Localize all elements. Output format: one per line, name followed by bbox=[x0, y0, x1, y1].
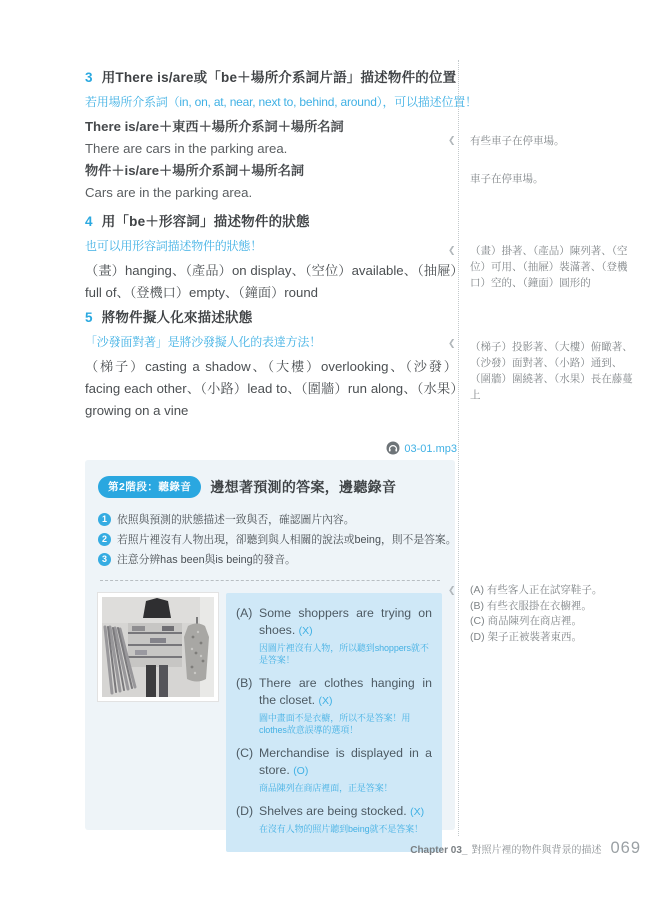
answer-translation-d: (D) 架子正被裝著東西。 bbox=[470, 630, 634, 646]
margin-note-translation: 有些車子在停車場。 bbox=[470, 133, 634, 149]
option-label: (B) bbox=[236, 675, 259, 692]
dashed-divider bbox=[100, 580, 440, 581]
answer-translation-c: (C) 商品陳列在商店裡。 bbox=[470, 614, 634, 630]
section-number: 5 bbox=[85, 310, 93, 325]
option-mark: (X) bbox=[318, 695, 332, 707]
note-arrow-icon: ❮ bbox=[448, 246, 456, 255]
store-photo bbox=[102, 597, 214, 697]
option-a: (A)Some shoppers are trying on shoes. (X… bbox=[236, 605, 432, 640]
section-title: 用There is/are或「be＋場所介系詞片語」描述物件的位置 bbox=[102, 70, 457, 85]
answer-translation-a: (A) 有些客人正在試穿鞋子。 bbox=[470, 583, 634, 599]
margin-note-translation: 車子在停車場。 bbox=[470, 171, 634, 187]
note-arrow-icon: ❮ bbox=[448, 586, 456, 595]
option-label: (A) bbox=[236, 605, 259, 622]
margin-note-translation: （畫）掛著、（產品）陳列著、（空位）可用、（抽屜）裝滿著、（登機口）空的、（鐘面… bbox=[470, 243, 634, 291]
option-label: (C) bbox=[236, 745, 259, 762]
step-item: 3 注意分辨has been與is being的發音。 bbox=[98, 550, 442, 570]
stage-header: 第2階段：聽錄音 邊想著預測的答案，邊聽錄音 bbox=[98, 476, 442, 498]
step-text: 依照與預測的狀態描述一致與否，確認圖片內容。 bbox=[117, 510, 355, 530]
section-number: 3 bbox=[85, 70, 93, 85]
step-number-badge: 2 bbox=[98, 533, 111, 546]
note-arrow-icon: ❮ bbox=[448, 339, 456, 348]
option-b: (B)There are clothes hanging in the clos… bbox=[236, 675, 432, 710]
example-sentence: Cars are in the parking area. bbox=[85, 182, 457, 204]
answer-translation-b: (B) 有些衣服掛在衣櫥裡。 bbox=[470, 599, 634, 615]
section-4-heading: 4用「be＋形容詞」描述物件的狀態 bbox=[85, 210, 457, 230]
option-text: Some shoppers are trying on shoes. bbox=[259, 606, 432, 637]
stage-steps: 1 依照與預測的狀態描述一致與否，確認圖片內容。 2 若照片裡沒有人物出現，卻聽… bbox=[98, 510, 442, 570]
section-title: 用「be＋形容詞」描述物件的狀態 bbox=[102, 214, 310, 229]
step-number-badge: 1 bbox=[98, 513, 111, 526]
section-5-heading: 5將物件擬人化來描述狀態 bbox=[85, 306, 457, 326]
section-4-tip: 也可以用形容詞描述物件的狀態！ bbox=[85, 237, 457, 254]
section-3-heading: 3用There is/are或「be＋場所介系詞片語」描述物件的位置 bbox=[85, 66, 457, 86]
section-5-tip: 「沙發面對著」是將沙發擬人化的表達方法！ bbox=[85, 333, 457, 350]
audio-file-label: 03-01.mp3 bbox=[404, 443, 457, 455]
section-number: 4 bbox=[85, 214, 93, 229]
step-item: 2 若照片裡沒有人物出現，卻聽到與人相關的說法或being，則不是答案。 bbox=[98, 530, 442, 550]
option-text: Shelves are being stocked. bbox=[259, 804, 407, 818]
option-c-note: 商品陳列在商店裡面，正是答案！ bbox=[259, 782, 432, 794]
vocabulary-list: （畫）hanging、（產品）on display、（空位）available、… bbox=[85, 260, 457, 304]
section-title: 將物件擬人化來描述狀態 bbox=[102, 310, 253, 325]
headphones-icon bbox=[386, 441, 400, 455]
option-mark: (X) bbox=[410, 806, 424, 818]
option-mark: (O) bbox=[293, 765, 308, 777]
step-text: 注意分辨has been與is being的發音。 bbox=[117, 550, 296, 570]
photo-frame bbox=[98, 593, 218, 701]
stage-2-box: 第2階段：聽錄音 邊想著預測的答案，邊聽錄音 1 依照與預測的狀態描述一致與否，… bbox=[85, 460, 455, 830]
answer-translations: (A) 有些客人正在試穿鞋子。 (B) 有些衣服掛在衣櫥裡。 (C) 商品陳列在… bbox=[470, 583, 634, 645]
step-text: 若照片裡沒有人物出現，卻聽到與人相關的說法或being，則不是答案。 bbox=[117, 530, 457, 550]
formula-line: There is/are＋東西＋場所介系詞＋場所名詞 bbox=[85, 116, 457, 138]
page-footer: Chapter 03_ 對照片裡的物件與背景的描述 069 bbox=[410, 839, 641, 858]
formula-line: 物件＋is/are＋場所介系詞＋場所名詞 bbox=[85, 160, 457, 182]
section-5: 5將物件擬人化來描述狀態 「沙發面對著」是將沙發擬人化的表達方法！ （梯子）ca… bbox=[85, 306, 457, 422]
gutter-dotted-line bbox=[458, 60, 459, 836]
textbook-page: 3用There is/are或「be＋場所介系詞片語」描述物件的位置 若用場所介… bbox=[0, 0, 657, 900]
note-arrow-icon: ❮ bbox=[448, 136, 456, 145]
step-item: 1 依照與預測的狀態描述一致與否，確認圖片內容。 bbox=[98, 510, 442, 530]
example-sentence: There are cars in the parking area. bbox=[85, 138, 457, 160]
option-b-note: 圖中畫面不是衣櫥，所以不是答案！用clothes故意誤導的選項！ bbox=[259, 712, 432, 736]
section-3: 3用There is/are或「be＋場所介系詞片語」描述物件的位置 若用場所介… bbox=[85, 66, 457, 204]
option-d-note: 在沒有人物的照片聽到being就不是答案！ bbox=[259, 823, 432, 835]
option-label: (D) bbox=[236, 803, 259, 820]
step-number-badge: 3 bbox=[98, 553, 111, 566]
option-mark: (X) bbox=[299, 625, 313, 637]
stage-title: 邊想著預測的答案，邊聽錄音 bbox=[210, 477, 396, 497]
option-a-note: 因圖片裡沒有人物，所以聽到shoppers就不是答案！ bbox=[259, 642, 432, 666]
page-number: 069 bbox=[610, 839, 641, 858]
practice-area: (A)Some shoppers are trying on shoes. (X… bbox=[98, 593, 442, 852]
audio-row: 03-01.mp3 bbox=[85, 439, 457, 457]
section-4: 4用「be＋形容詞」描述物件的狀態 也可以用形容詞描述物件的狀態！ （畫）han… bbox=[85, 210, 457, 304]
stage-badge: 第2階段：聽錄音 bbox=[98, 476, 201, 498]
chapter-label: Chapter 03_ bbox=[410, 845, 467, 856]
option-c: (C)Merchandise is displayed in a store. … bbox=[236, 745, 432, 780]
option-text: There are clothes hanging in the closet. bbox=[259, 676, 432, 707]
section-3-tip: 若用場所介系詞（in, on, at, near, next to, behin… bbox=[85, 93, 457, 110]
option-d: (D)Shelves are being stocked. (X) bbox=[236, 803, 432, 821]
chapter-title: 對照片裡的物件與背景的描述 bbox=[471, 841, 601, 856]
margin-note-translation: （梯子）投影著、（大樓）俯瞰著、（沙發）面對著、（小路）通到、（圍牆）圍繞著、（… bbox=[470, 339, 634, 403]
vocabulary-list: （梯子）casting a shadow、（大樓）overlooking、（沙發… bbox=[85, 356, 457, 422]
option-text: Merchandise is displayed in a store. bbox=[259, 746, 432, 777]
answer-options-panel: (A)Some shoppers are trying on shoes. (X… bbox=[226, 593, 442, 852]
